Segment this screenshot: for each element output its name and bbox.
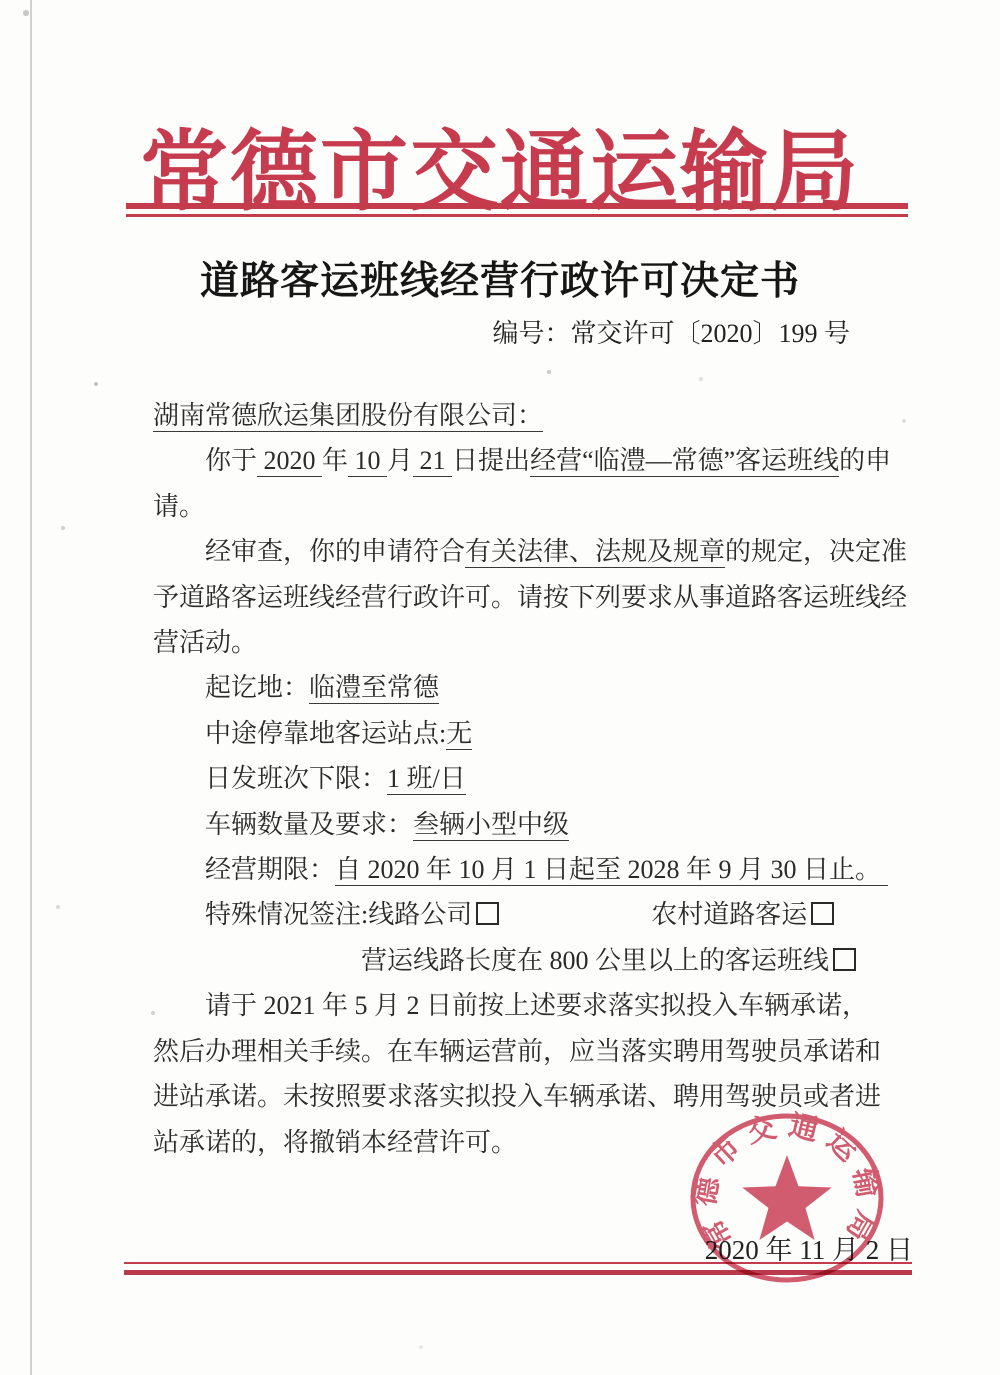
body-lines: 湖南常德欣运集团股份有限公司：你于 2020 年 10 月 21 日提出经营“临… [153,393,923,1165]
header-rule-thick [126,203,908,209]
body-line: 请。 [153,484,923,529]
text-segment: 车辆数量及要求： [205,810,413,839]
body-line: 经审查，你的申请符合有关法律、法规及规章的规定，决定准 [153,529,923,574]
underlined-text-segment: 叁辆小型中级 [413,810,569,841]
checkbox-over-800km [833,948,856,971]
text-segment: 进站承诺。未按照要求落实拟投入车辆承诺、聘用驾驶员或者进 [153,1082,881,1111]
text-segment: 的申 [839,446,891,475]
body-line: 然后办理相关手续。在车辆运营前，应当落实聘用驾驶员承诺和 [153,1029,923,1074]
text-segment: 中途停靠地客运站点: [205,719,446,748]
underlined-text-segment: 有关法律、法规及规章 [465,537,725,568]
text-segment: 农村道路客运 [651,900,807,929]
body-line: 湖南常德欣运集团股份有限公司： [153,393,923,438]
text-segment: 请于 2021 年 5 月 2 日前按上述要求落实拟投入车辆承诺， [205,991,868,1020]
body-line: 你于 2020 年 10 月 21 日提出经营“临澧—常德”客运班线的申 [153,438,923,483]
body-line: 请于 2021 年 5 月 2 日前按上述要求落实拟投入车辆承诺， [153,983,923,1028]
doc-title: 道路客运班线经营行政许可决定书 [0,250,1000,306]
text-segment: 日发班次下限： [205,764,387,793]
text-segment: 的规定，决定准 [725,537,907,566]
body-line: 特殊情况签注:线路公司农村道路客运 [153,892,923,937]
text-segment: 日提出 [452,446,530,475]
text-segment: 营活动。 [153,628,257,657]
underlined-text-segment: 经营“临澧—常德”客运班线 [530,446,839,477]
scanned-document-page: 常德市交通运输局 道路客运班线经营行政许可决定书 编号：常交许可〔2020〕19… [0,0,1000,1375]
body-line: 经营期限：自 2020 年 10 月 1 日起至 2028 年 9 月 30 日… [153,847,923,892]
body-line: 日发班次下限：1 班/日 [153,756,923,801]
text-segment: 站承诺的，将撤销本经营许可。 [153,1128,517,1157]
text-segment: 营运线路长度在 800 公里以上的客运班线 [361,946,829,975]
underlined-text-segment: 21 [413,446,452,477]
text-segment: 予道路客运班线经营行政许可。请按下列要求从事道路客运班线经 [153,583,907,612]
text-segment: 年 [322,446,348,475]
text-segment: 月 [387,446,413,475]
star-icon [742,1155,831,1240]
text-segment: 经营期限： [205,855,335,884]
text-segment: 然后办理相关手续。在车辆运营前，应当落实聘用驾驶员承诺和 [153,1037,881,1066]
underlined-text-segment: 无 [446,719,472,750]
underlined-text-segment: 10 [348,446,387,477]
text-segment: 你于 [205,446,257,475]
checkbox-rural-road [811,902,834,925]
body-line: 营运线路长度在 800 公里以上的客运班线 [153,938,923,983]
body-line: 予道路客运班线经营行政许可。请按下列要求从事道路客运班线经 [153,575,923,620]
official-seal-stamp: 常德市交通运输局 [687,1110,888,1286]
org-name: 常德市交通运输局 [0,102,1000,228]
doc-number: 编号：常交许可〔2020〕199 号 [492,313,850,350]
text-segment: 特殊情况签注:线路公司 [205,900,472,929]
underlined-text-segment: 1 班/日 [387,764,466,795]
body-line: 车辆数量及要求：叁辆小型中级 [153,802,923,847]
underlined-text-segment: 2020 [257,446,322,477]
underlined-text-segment: 湖南常德欣运集团股份有限公司： [153,401,543,432]
checkbox-line-company [476,902,499,925]
text-segment: 经审查，你的申请符合 [205,537,465,566]
body-line: 中途停靠地客运站点:无 [153,711,923,756]
text-segment: 起讫地： [205,673,309,702]
underlined-text-segment: 自 2020 年 10 月 1 日起至 2028 年 9 月 30 日止。 [335,855,888,886]
body-line: 营活动。 [153,620,923,665]
body-line: 起讫地：临澧至常德 [153,665,923,710]
scan-noise [0,0,2,2]
underlined-text-segment: 临澧至常德 [309,673,439,704]
text-segment: 请。 [153,492,205,521]
header-rule-thin [126,214,908,217]
